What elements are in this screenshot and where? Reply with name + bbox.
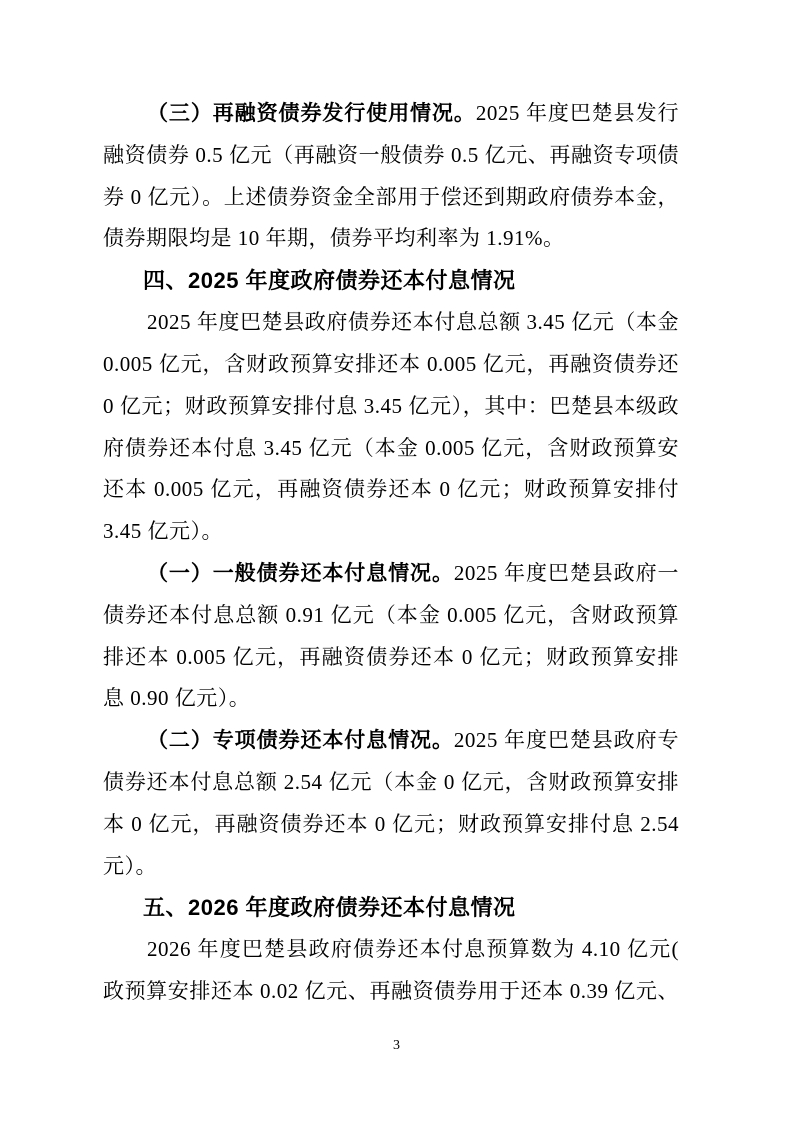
doc-line: 融资债券 0.5 亿元（再融资一般债券 0.5 亿元、再融资专项债	[103, 135, 679, 177]
doc-line: （二）专项债券还本付息情况。2025 年度巴楚县政府专项	[103, 720, 679, 762]
doc-line: 2026 年度巴楚县政府债券还本付息预算数为 4.10 亿元( 财	[103, 929, 679, 971]
doc-line: 债券期限均是 10 年期，债券平均利率为 1.91%。	[103, 218, 679, 260]
doc-line: 2025 年度巴楚县政府债券还本付息总额 3.45 亿元（本金	[103, 302, 679, 344]
doc-line: 排还本 0.005 亿元，再融资债券还本 0 亿元；财政预算安排付	[103, 637, 679, 679]
doc-line: 府债券还本付息 3.45 亿元（本金 0.005 亿元，含财政预算安排	[103, 428, 679, 470]
page-number: 3	[393, 1038, 400, 1053]
doc-line: 券 0 亿元）。上述债券资金全部用于偿还到期政府债券本金，	[103, 177, 679, 219]
doc-line: 还本 0.005 亿元，再融资债券还本 0 亿元；财政预算安排付息	[103, 469, 679, 511]
paragraph-lead-in: （二）专项债券还本付息情况。	[147, 728, 454, 752]
doc-line: 3.45 亿元）。	[103, 511, 679, 553]
doc-line: 政预算安排还本 0.02 亿元、再融资债券用于还本 0.39 亿元、	[103, 971, 679, 1013]
section-heading: 五、2026 年度政府债券还本付息情况	[103, 887, 679, 929]
document-body: （三）再融资债券发行使用情况。2025 年度巴楚县发行再融资债券 0.5 亿元（…	[103, 93, 679, 1013]
paragraph-lead-in: （一）一般债券还本付息情况。	[147, 561, 454, 585]
doc-line: 0.005 亿元，含财政预算安排还本 0.005 亿元，再融资债券还本	[103, 344, 679, 386]
paragraph-lead-in: （三）再融资债券发行使用情况。	[147, 101, 476, 125]
section-heading: 四、2025 年度政府债券还本付息情况	[103, 260, 679, 302]
doc-line: （一）一般债券还本付息情况。2025 年度巴楚县政府一般	[103, 553, 679, 595]
doc-line: 元）。	[103, 846, 679, 888]
document-page: （三）再融资债券发行使用情况。2025 年度巴楚县发行再融资债券 0.5 亿元（…	[0, 0, 793, 1122]
doc-line: 0 亿元；财政预算安排付息 3.45 亿元），其中：巴楚县本级政	[103, 386, 679, 428]
page-footer: 3	[0, 1036, 793, 1058]
doc-line: 债券还本付息总额 0.91 亿元（本金 0.005 亿元，含财政预算安	[103, 595, 679, 637]
doc-line: 本 0 亿元，再融资债券还本 0 亿元；财政预算安排付息 2.54 亿	[103, 804, 679, 846]
doc-line: 债券还本付息总额 2.54 亿元（本金 0 亿元，含财政预算安排还	[103, 762, 679, 804]
doc-line: （三）再融资债券发行使用情况。2025 年度巴楚县发行再	[103, 93, 679, 135]
doc-line: 息 0.90 亿元）。	[103, 678, 679, 720]
